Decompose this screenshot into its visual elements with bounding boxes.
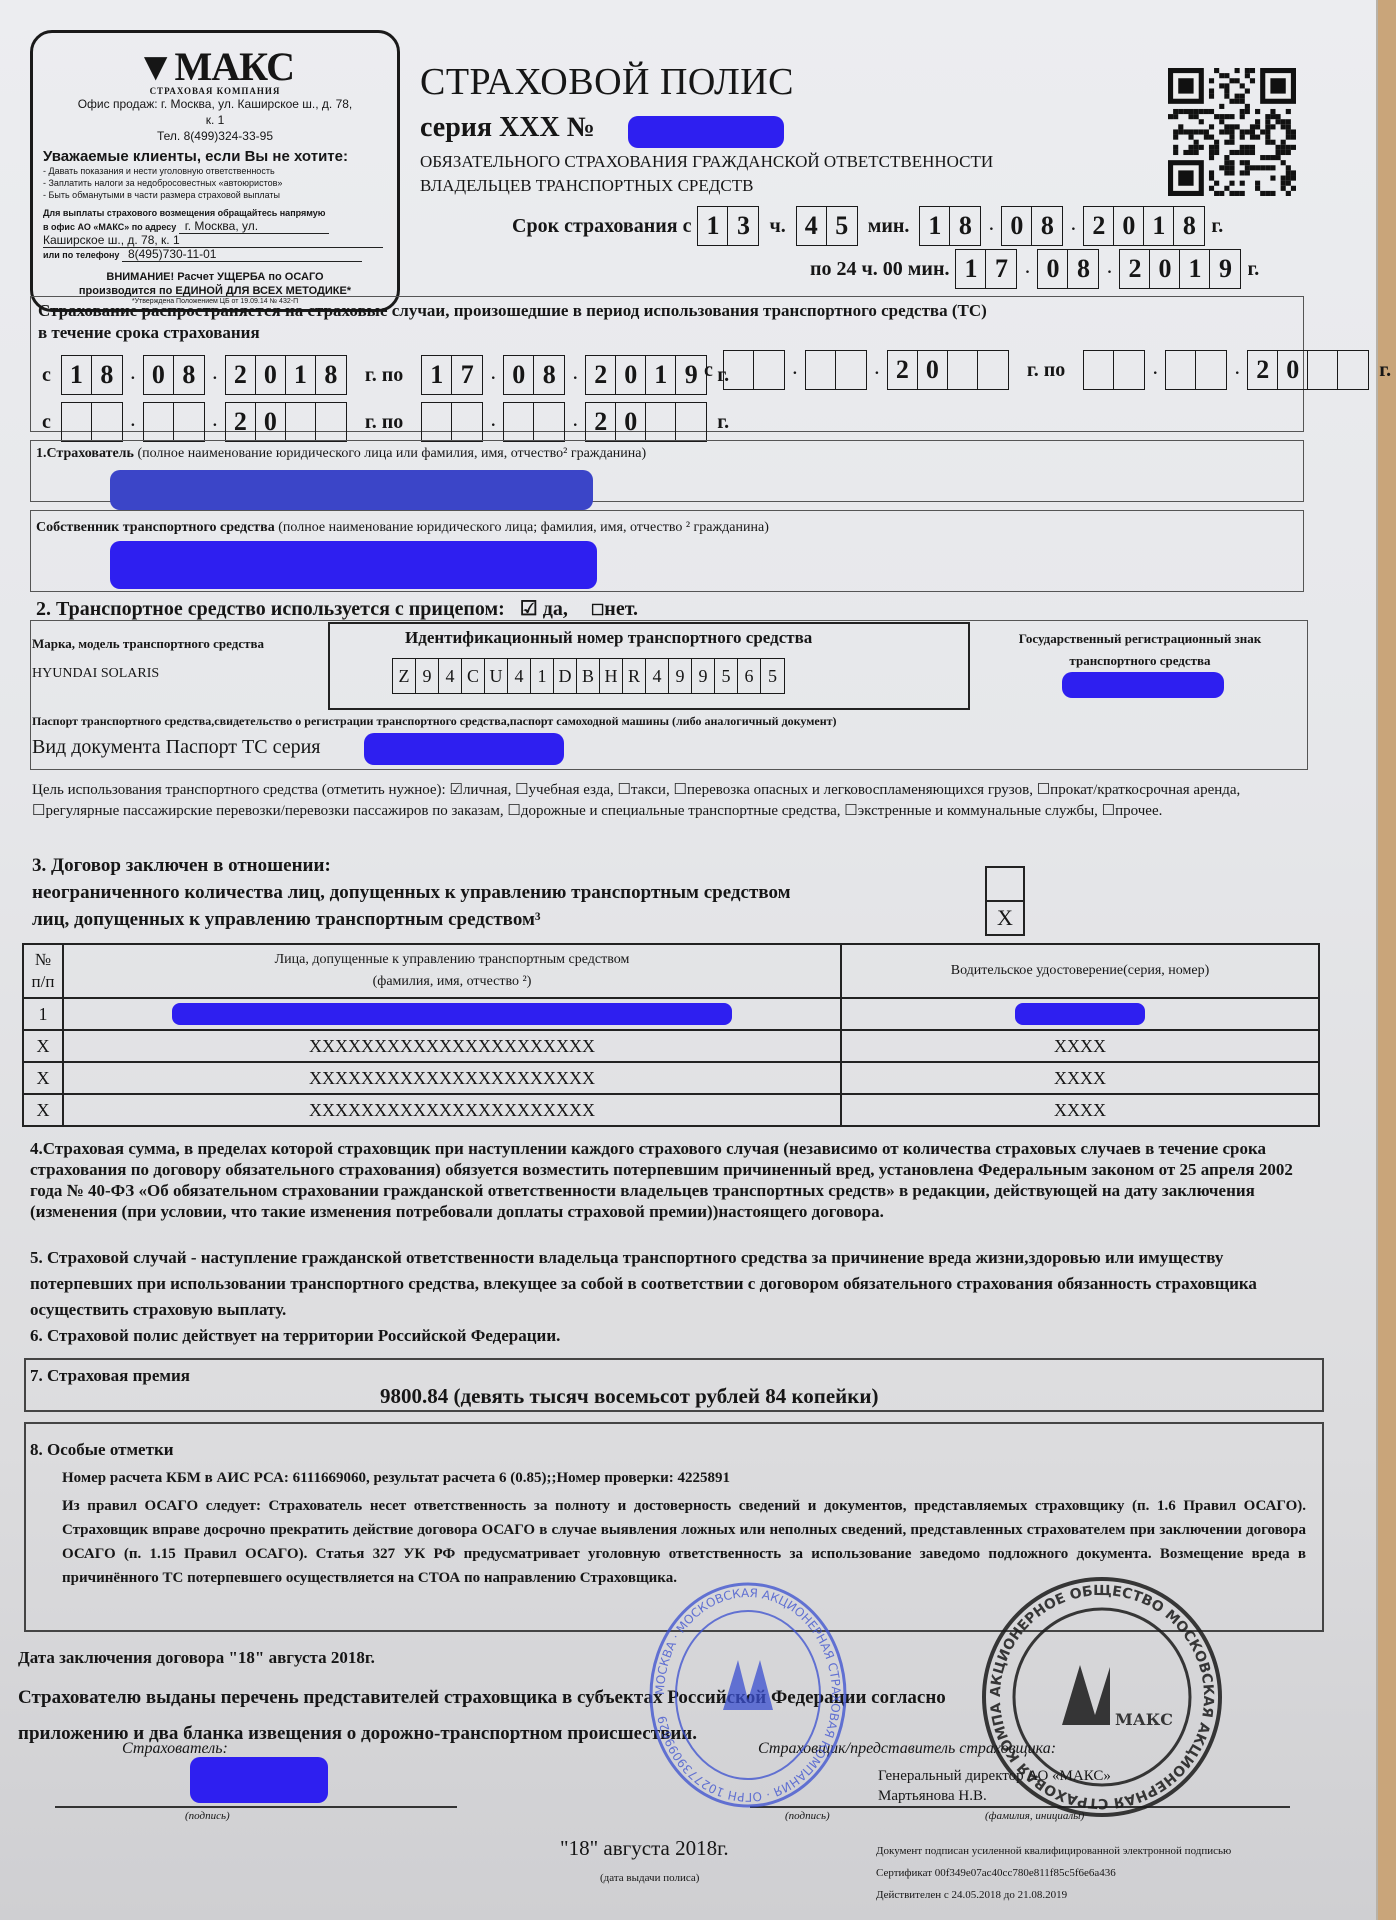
from-label: с xyxy=(42,364,51,387)
vin-char: 5 xyxy=(761,659,784,693)
purpose-option-label: прочее. xyxy=(1115,803,1162,819)
digit-cell xyxy=(676,403,706,441)
digit-cell xyxy=(1196,351,1226,389)
year-label: г. xyxy=(1211,215,1223,238)
vin-char: Z xyxy=(393,659,416,693)
digit-cell: 2 xyxy=(1120,250,1150,288)
digit-cell xyxy=(534,403,564,441)
term-minutes: 45 xyxy=(796,206,858,246)
digit-cell: 2 xyxy=(1248,351,1278,389)
redacted-policyholder xyxy=(110,470,593,510)
purpose-checkbox[interactable]: ☐ xyxy=(515,782,528,798)
period-from-month xyxy=(143,402,205,442)
drivers-table-header: № п/п Лица, допущенные к управлению тран… xyxy=(23,944,1319,998)
term-hours: 13 xyxy=(697,206,759,246)
purpose-option-label: учебная езда, xyxy=(529,782,618,798)
table-row: XXXXXXXXXXXXXXXXXXXXXXXXXXX xyxy=(23,1062,1319,1094)
term-label: Срок страхования с xyxy=(512,215,691,238)
digit-cell: 2 xyxy=(888,351,918,389)
purpose-option-label: перевозка опасных и легковоспламеняющихс… xyxy=(687,782,1037,798)
vin-boxes: Z94CU41DBHR499565 xyxy=(392,658,785,694)
driver-license: XXXX xyxy=(841,1030,1319,1062)
owner-label-rest: (полное наименование юридического лица; … xyxy=(278,520,769,535)
digit-cell: 8 xyxy=(534,356,564,394)
policyholder-label-rest: (полное наименование юридического лица и… xyxy=(137,446,646,461)
esign-certificate: Сертификат 00f349e07ac40cc780e811f85c5f6… xyxy=(876,1862,1231,1884)
premium-value: 9800.84 (девять тысяч восемьсот рублей 8… xyxy=(380,1384,878,1409)
blue-stamp-icon: МОСКВА · МОСКОВСКАЯ АКЦИОНЕРНАЯ СТРАХОВА… xyxy=(648,1580,848,1810)
digit-cell xyxy=(948,351,978,389)
vin-label: Идентификационный номер транспортного ср… xyxy=(405,628,812,648)
purpose-option-label: личная, xyxy=(463,782,515,798)
maks-logo-mark: ▼МАКС xyxy=(136,43,294,90)
maks-logo: ▼МАКС СТРАХОВАЯ КОМПАНИЯ xyxy=(43,43,387,96)
purpose-checkbox[interactable]: ☑ xyxy=(449,782,462,798)
purpose-label: Цель использования транспортного средств… xyxy=(32,782,449,798)
purpose-checkbox[interactable]: ☐ xyxy=(1037,782,1050,798)
digit-cell: 8 xyxy=(1174,207,1204,245)
office-address-2: к. 1 xyxy=(43,112,387,128)
special-notes-label: 8. Особые отметки xyxy=(30,1440,174,1460)
payout-info: Для выплаты страхового возмещения обраща… xyxy=(43,207,387,262)
issue-date: "18" августа 2018г. xyxy=(560,1836,729,1861)
driver-number: 1 xyxy=(23,998,63,1030)
digit-cell: 2 xyxy=(586,403,616,441)
digit-cell xyxy=(62,403,92,441)
digit-cell xyxy=(1338,351,1368,389)
digit-cell: 9 xyxy=(1210,250,1240,288)
payout-address: г. Москва, ул. xyxy=(179,220,329,234)
digit-cell xyxy=(92,403,122,441)
trailer-yes-label: да, xyxy=(543,598,568,620)
digit-cell xyxy=(1308,351,1338,389)
policy-title: СТРАХОВОЙ ПОЛИС xyxy=(420,60,794,104)
vin-char: 9 xyxy=(416,659,439,693)
digit-cell: 0 xyxy=(1114,207,1144,245)
vin-char: U xyxy=(485,659,508,693)
clause-6: 6. Страховой полис действует на территор… xyxy=(30,1325,560,1346)
table-row: XXXXXXXXXXXXXXXXXXXXXXXXXXX xyxy=(23,1094,1319,1126)
driver-name: XXXXXXXXXXXXXXXXXXXXXX xyxy=(63,1030,841,1062)
payout-address-label: в офис АО «МАКС» по адресу xyxy=(43,222,176,232)
digit-cell: 0 xyxy=(1278,351,1308,389)
clause-5: 5. Страховой случай - наступление гражда… xyxy=(30,1245,1330,1323)
vin-char: 9 xyxy=(692,659,715,693)
policyholder-label: 1.Страхователь (полное наименование юрид… xyxy=(36,446,646,462)
make-value: HYUNDAI SOLARIS xyxy=(32,666,159,682)
period-from-day xyxy=(61,402,123,442)
digit-cell xyxy=(806,351,836,389)
col-number: № п/п xyxy=(23,944,63,998)
period-from-month: 08 xyxy=(143,355,205,395)
payout-address-2: Каширское ш., д. 78, к. 1 xyxy=(43,234,383,248)
digit-cell: 2 xyxy=(1084,207,1114,245)
redacted-driver-name xyxy=(172,1003,732,1025)
office-address: Офис продаж: г. Москва, ул. Каширское ш.… xyxy=(43,96,387,112)
period-to-day: 17 xyxy=(421,355,483,395)
digit-cell: 1 xyxy=(646,356,676,394)
vin-value: Z94CU41DBHR499565 xyxy=(392,658,785,694)
attention-line: ВНИМАНИЕ! Расчет УЩЕРБА по ОСАГО xyxy=(43,270,387,284)
issue-date-caption: (дата выдачи полиса) xyxy=(600,1872,699,1884)
redacted-policyholder-signature xyxy=(190,1757,328,1803)
clause-4: 4.Страховая сумма, в пределах которой ст… xyxy=(30,1138,1320,1222)
digit-cell: 5 xyxy=(827,207,857,245)
digit-cell: 0 xyxy=(1150,250,1180,288)
vin-char: B xyxy=(577,659,600,693)
limited-drivers-label: лиц, допущенных к управлению транспортны… xyxy=(32,906,791,933)
digit-cell xyxy=(1166,351,1196,389)
coverage-text: Страхование распространяется на страховы… xyxy=(38,300,987,344)
insurance-policy-document: ▼МАКС СТРАХОВАЯ КОМПАНИЯ Офис продаж: г.… xyxy=(0,0,1378,1920)
vin-char: H xyxy=(600,659,623,693)
insurer-signature-caption: (подпись) xyxy=(785,1810,830,1822)
unlimited-drivers-label: неограниченного количества лиц, допущенн… xyxy=(32,879,791,906)
purpose-option-label: такси, xyxy=(631,782,674,798)
driver-license: XXXX xyxy=(841,1094,1319,1126)
digit-cell: 1 xyxy=(422,356,452,394)
coverage-period-2: с..20г. по..20г. xyxy=(38,402,733,442)
warning-bullet: - Давать показания и нести уголовную отв… xyxy=(43,165,387,177)
digit-cell: 2 xyxy=(226,356,256,394)
digit-cell: 8 xyxy=(1068,250,1098,288)
from-label: с xyxy=(704,359,713,382)
digit-cell xyxy=(724,351,754,389)
digit-cell: 8 xyxy=(92,356,122,394)
driver-license xyxy=(841,998,1319,1030)
kbm-line: Номер расчета КБМ в АИС РСА: 6111669060,… xyxy=(62,1470,730,1487)
premium-label: 7. Страховая премия xyxy=(30,1366,190,1386)
warning-title: Уважаемые клиенты, если Вы не хотите: xyxy=(43,148,387,165)
subtitle-line: ОБЯЗАТЕЛЬНОГО СТРАХОВАНИЯ ГРАЖДАНСКОЙ ОТ… xyxy=(420,150,993,174)
digit-cell: 8 xyxy=(950,207,980,245)
coverage-line: Страхование распространяется на страховы… xyxy=(38,300,987,322)
digit-cell: 0 xyxy=(616,403,646,441)
digit-cell: 0 xyxy=(1002,207,1032,245)
term-end-label: по 24 ч. 00 мин. xyxy=(810,258,949,281)
period-from-year: 2018 xyxy=(225,355,347,395)
contract-title: 3. Договор заключен в отношении: xyxy=(32,852,791,879)
to-label: г. по xyxy=(365,364,403,387)
from-label: с xyxy=(42,411,51,434)
driver-number: X xyxy=(23,1094,63,1126)
purpose-checkbox[interactable]: ☐ xyxy=(32,803,45,819)
digit-cell: 2 xyxy=(226,403,256,441)
digit-cell: 0 xyxy=(144,356,174,394)
trailer-no-checkbox[interactable]: ☐ xyxy=(591,603,604,619)
policy-subtitle: ОБЯЗАТЕЛЬНОГО СТРАХОВАНИЯ ГРАЖДАНСКОЙ ОТ… xyxy=(420,150,993,198)
period-from-day: 18 xyxy=(61,355,123,395)
warning-bullet: - Быть обманутыми в части размера страхо… xyxy=(43,189,387,201)
digit-cell xyxy=(422,403,452,441)
purpose-option-label: прокат/краткосрочная аренда, xyxy=(1050,782,1240,798)
purpose-option-label: экстренные и коммунальные службы, xyxy=(858,803,1102,819)
digit-cell: 1 xyxy=(698,207,728,245)
period-to-day xyxy=(421,402,483,442)
coverage-period-1: с18.08.2018г. по17.08.2019г. xyxy=(38,355,733,395)
digit-cell xyxy=(836,351,866,389)
col-driver-name-line: Лица, допущенные к управлению транспортн… xyxy=(68,949,836,971)
electronic-signature-info: Документ подписан усиленной квалифициров… xyxy=(876,1840,1231,1906)
period-to-month xyxy=(1165,350,1227,390)
digit-cell xyxy=(1084,351,1114,389)
svg-text:МАКС: МАКС xyxy=(1115,1710,1173,1729)
vin-char: C xyxy=(462,659,485,693)
digit-cell: 1 xyxy=(920,207,950,245)
year-label: г. xyxy=(1379,359,1391,382)
digit-cell xyxy=(316,403,346,441)
usage-purpose: Цель использования транспортного средств… xyxy=(32,780,1302,822)
vin-char: 4 xyxy=(439,659,462,693)
contract-section: 3. Договор заключен в отношении: неогран… xyxy=(32,852,791,933)
period-to-month: 08 xyxy=(503,355,565,395)
driver-name: XXXXXXXXXXXXXXXXXXXXXX xyxy=(63,1062,841,1094)
digit-cell: 1 xyxy=(62,356,92,394)
digit-cell xyxy=(174,403,204,441)
subtitle-line: ВЛАДЕЛЬЦЕВ ТРАНСПОРТНЫХ СРЕДСТВ xyxy=(420,174,993,198)
svg-text:МОСКВА · МОСКОВСКАЯ АКЦИОНЕРНА: МОСКВА · МОСКОВСКАЯ АКЦИОНЕРНАЯ СТРАХОВА… xyxy=(653,1586,843,1804)
esign-line: Документ подписан усиленной квалифициров… xyxy=(876,1840,1231,1862)
period-to-month xyxy=(503,402,565,442)
digit-cell: 0 xyxy=(918,351,948,389)
trailer-yes-checkbox[interactable]: ☑ xyxy=(520,598,538,620)
policyholder-signature-line xyxy=(55,1806,457,1808)
period-from-day xyxy=(723,350,785,390)
insurer-signature-line xyxy=(750,1806,1290,1808)
driver-number: X xyxy=(23,1062,63,1094)
end-day: 17 xyxy=(955,249,1017,289)
purpose-option-label: дорожные и специальные транспортные сред… xyxy=(521,803,844,819)
period-from-year: 20 xyxy=(887,350,1009,390)
vin-char: 1 xyxy=(531,659,554,693)
vin-char: 6 xyxy=(738,659,761,693)
vin-char: 9 xyxy=(669,659,692,693)
policyholder-signature-label: Страхователь: xyxy=(122,1740,228,1758)
owner-label: Собственник транспортного средства (полн… xyxy=(36,520,769,536)
end-month: 08 xyxy=(1037,249,1099,289)
period-from-month xyxy=(805,350,867,390)
digit-cell: 4 xyxy=(797,207,827,245)
logo-subtitle: СТРАХОВАЯ КОМПАНИЯ xyxy=(43,86,387,96)
digit-cell xyxy=(978,351,1008,389)
unlimited-drivers-checkbox[interactable] xyxy=(985,866,1025,902)
purpose-checkbox[interactable]: ☐ xyxy=(618,782,631,798)
contract-date: Дата заключения договора "18" августа 20… xyxy=(18,1648,375,1668)
qr-code-icon xyxy=(1168,68,1296,196)
year-label: г. xyxy=(1247,258,1259,281)
digit-cell xyxy=(754,351,784,389)
digit-cell: 7 xyxy=(986,250,1016,288)
digit-cell: 0 xyxy=(256,403,286,441)
digit-cell xyxy=(646,403,676,441)
minutes-label: мин. xyxy=(868,215,910,238)
digit-cell: 1 xyxy=(956,250,986,288)
warning-bullet: - Заплатить налоги за недобросовестных «… xyxy=(43,177,387,189)
to-label: г. по xyxy=(365,411,403,434)
period-to-year: 20 xyxy=(1247,350,1369,390)
digit-cell xyxy=(286,403,316,441)
period-to-day xyxy=(1083,350,1145,390)
digit-cell xyxy=(1114,351,1144,389)
doc-label: Паспорт транспортного средства,свидетель… xyxy=(32,714,837,729)
digit-cell: 7 xyxy=(452,356,482,394)
vin-char: 4 xyxy=(646,659,669,693)
driver-license: XXXX xyxy=(841,1062,1319,1094)
table-row: XXXXXXXXXXXXXXXXXXXXXXXXXXX xyxy=(23,1030,1319,1062)
attention-note: ВНИМАНИЕ! Расчет УЩЕРБА по ОСАГО произво… xyxy=(43,270,387,298)
vin-char: 4 xyxy=(508,659,531,693)
make-label: Марка, модель транспортного средства xyxy=(32,636,264,652)
driver-name: XXXXXXXXXXXXXXXXXXXXXX xyxy=(63,1094,841,1126)
insurance-term-start: Срок страхования с 13 ч. 45 мин. 18. 08.… xyxy=(512,206,1223,246)
series-label: серия ХХХ № xyxy=(420,112,595,143)
digit-cell: 0 xyxy=(1038,250,1068,288)
purpose-checkbox[interactable]: ☐ xyxy=(844,803,857,819)
digit-cell: 1 xyxy=(1180,250,1210,288)
purpose-checkbox[interactable]: ☐ xyxy=(673,782,686,798)
year-label: г. xyxy=(717,411,729,434)
esign-validity: Действителен с 24.05.2018 до 21.08.2019 xyxy=(876,1884,1231,1906)
limited-drivers-checkbox[interactable]: X xyxy=(985,900,1025,936)
start-month: 08 xyxy=(1001,206,1063,246)
driver-number: X xyxy=(23,1030,63,1062)
plate-label: Государственный регистрационный знак тра… xyxy=(990,628,1290,672)
doc-value: Вид документа Паспорт ТС серия xyxy=(32,736,321,759)
purpose-checkbox[interactable]: ☐ xyxy=(507,803,520,819)
digit-cell xyxy=(452,403,482,441)
col-license: Водительское удостоверение(серия, номер) xyxy=(841,944,1319,998)
vin-char: R xyxy=(623,659,646,693)
policyholder-label-bold: 1.Страхователь xyxy=(36,446,134,461)
vin-char: 5 xyxy=(715,659,738,693)
drivers-table: № п/п Лица, допущенные к управлению тран… xyxy=(22,943,1320,1127)
purpose-checkbox[interactable]: ☐ xyxy=(1102,803,1115,819)
start-year: 2018 xyxy=(1083,206,1205,246)
purpose-option-label: регулярные пассажирские перевозки/перево… xyxy=(45,803,507,819)
digit-cell xyxy=(504,403,534,441)
owner-label-bold: Собственник транспортного средства xyxy=(36,520,275,535)
vin-char: D xyxy=(554,659,577,693)
redacted-plate xyxy=(1062,672,1224,698)
col-driver-name-line: (фамилия, имя, отчество ²) xyxy=(68,971,836,993)
start-day: 18 xyxy=(919,206,981,246)
redacted-policy-number xyxy=(628,116,784,148)
payout-phone-label: или по телефону xyxy=(43,250,119,260)
coverage-line: в течение срока страхования xyxy=(38,322,987,344)
digit-cell: 3 xyxy=(728,207,758,245)
trailer-question: 2. Транспортное средство используется с … xyxy=(36,596,638,621)
hours-label: ч. xyxy=(769,215,785,238)
digit-cell: 2 xyxy=(586,356,616,394)
digit-cell xyxy=(144,403,174,441)
period-from-year: 20 xyxy=(225,402,347,442)
payout-phone: 8(495)730-11-01 xyxy=(122,248,362,262)
driver-name xyxy=(63,998,841,1030)
trailer-no-label: нет. xyxy=(604,598,638,620)
coverage-period-3: с..20г. по..20г. xyxy=(700,350,1395,390)
table-row: 1 xyxy=(23,998,1319,1030)
digit-cell: 8 xyxy=(174,356,204,394)
digit-cell: 0 xyxy=(504,356,534,394)
insurance-term-end: по 24 ч. 00 мин. 17. 08. 2019 г. xyxy=(810,249,1259,289)
digit-cell: 0 xyxy=(256,356,286,394)
black-stamp-icon: АКЦИОНЕРНОЕ ОБЩЕСТВО МОСКОВСКАЯ АКЦИОНЕР… xyxy=(980,1575,1225,1820)
signature-caption: (подпись) xyxy=(185,1810,230,1822)
period-to-year: 2019 xyxy=(585,355,707,395)
digit-cell: 1 xyxy=(1144,207,1174,245)
digit-cell: 8 xyxy=(316,356,346,394)
digit-cell: 8 xyxy=(1032,207,1062,245)
end-year: 2019 xyxy=(1119,249,1241,289)
office-phone: Тел. 8(499)324-33-95 xyxy=(43,128,387,144)
trailer-label: 2. Транспортное средство используется с … xyxy=(36,598,505,620)
digit-cell: 0 xyxy=(616,356,646,394)
digit-cell: 1 xyxy=(286,356,316,394)
insurer-info-box: ▼МАКС СТРАХОВАЯ КОМПАНИЯ Офис продаж: г.… xyxy=(30,30,400,312)
col-driver-name: Лица, допущенные к управлению транспортн… xyxy=(63,944,841,998)
redacted-doc-number xyxy=(364,733,564,765)
to-label: г. по xyxy=(1027,359,1065,382)
redacted-driver-license xyxy=(1015,1003,1145,1025)
period-to-year: 20 xyxy=(585,402,707,442)
redacted-owner xyxy=(110,541,597,589)
policy-series: серия ХХХ № xyxy=(420,112,595,144)
